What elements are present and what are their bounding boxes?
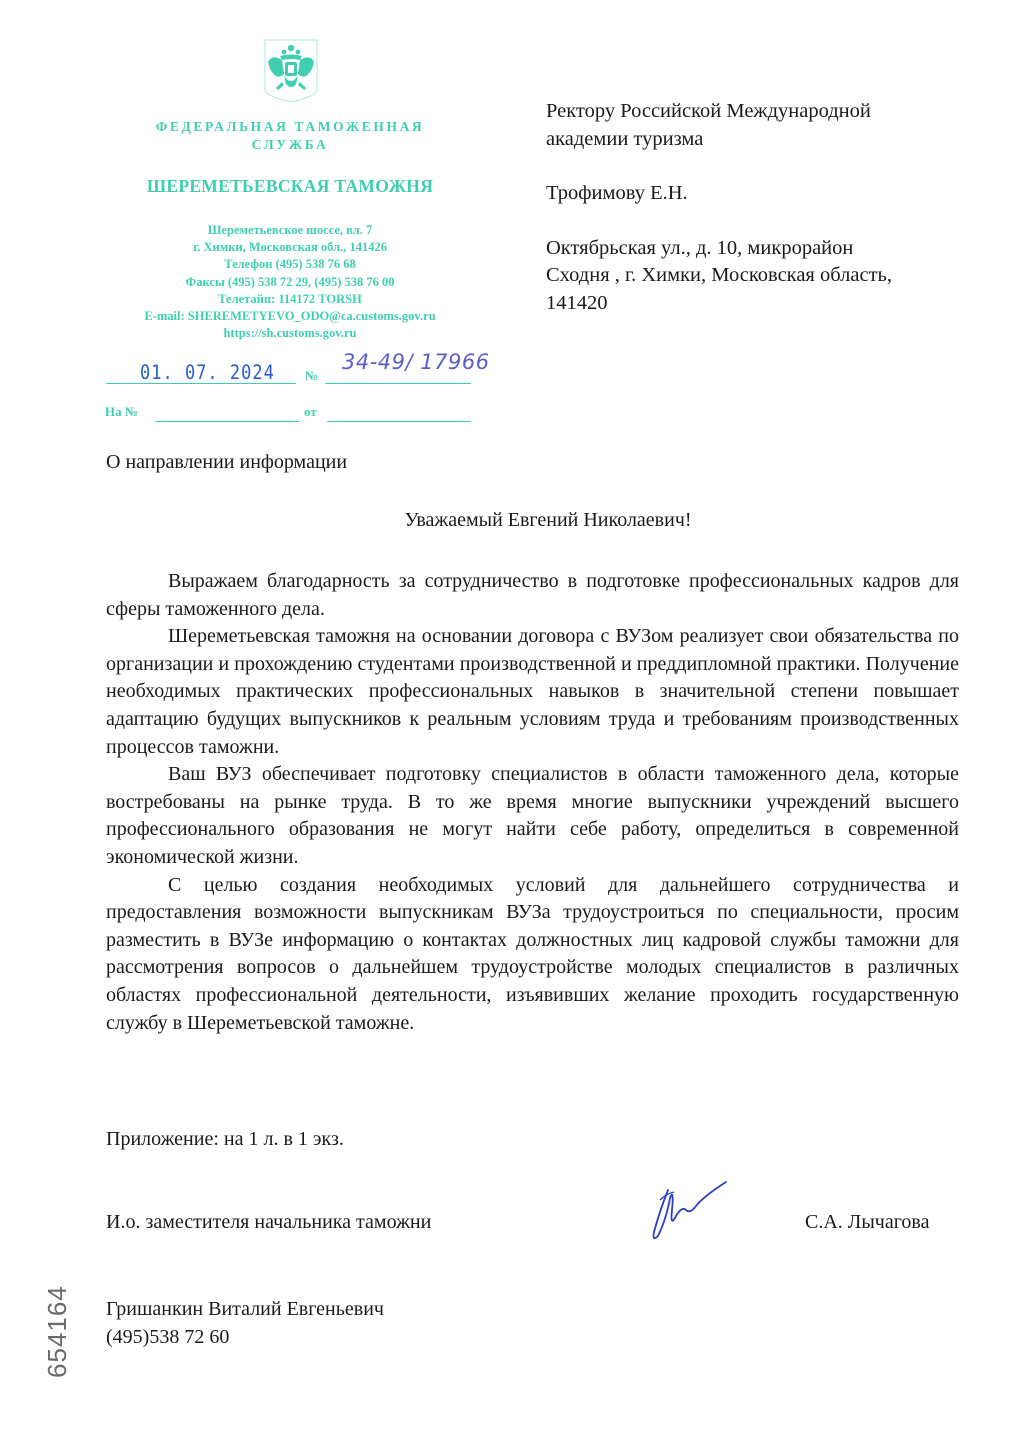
document-serial-number: 654164	[42, 1285, 73, 1378]
addressee-position: Ректору Российской Международной	[546, 98, 986, 126]
signatory-title: И.о. заместителя начальника таможни	[106, 1211, 431, 1234]
addressee-address: Октябрьская ул., д. 10, микрорайон	[546, 235, 986, 263]
number-line	[325, 383, 471, 384]
greeting: Уважаемый Евгений Николаевич!	[0, 509, 1024, 532]
executor-phone: (495)538 72 60	[106, 1324, 384, 1352]
body-paragraph: Ваш ВУЗ обеспечивает подготовку специали…	[106, 761, 959, 871]
phone: Телефон (495) 538 76 68	[100, 256, 480, 273]
reference-number-line	[155, 421, 299, 422]
executor-name: Гришанкин Виталий Евгеньевич	[106, 1296, 384, 1324]
address-line: г. Химки, Московская обл., 141426	[100, 239, 480, 256]
handwritten-signature-icon	[630, 1170, 740, 1250]
agency-name: ФЕДЕРАЛЬНАЯ ТАМОЖЕННАЯ СЛУЖБА	[100, 118, 480, 154]
addressee-organization: академии туризма	[546, 126, 986, 154]
addressee-name: Трофимову Е.Н.	[546, 180, 986, 208]
body-paragraph: Выражаем благодарность за сотрудничество…	[106, 568, 959, 623]
letter-body: Выражаем благодарность за сотрудничество…	[106, 568, 959, 1037]
attachment-note: Приложение: на 1 л. в 1 экз.	[106, 1128, 344, 1151]
addressee-postcode: 141420	[546, 290, 986, 318]
address-line: Шереметьевское шоссе, вл. 7	[100, 222, 480, 239]
body-paragraph: С целью создания необходимых условий для…	[106, 872, 959, 1038]
email: E-mail: SHEREMETYEVO_ODO@ca.customs.gov.…	[100, 308, 480, 325]
addressee-block: Ректору Российской Международной академи…	[546, 98, 986, 317]
reference-date-line	[327, 421, 471, 422]
body-paragraph: Шереметьевская таможня на основании дого…	[106, 623, 959, 761]
customs-office-name: ШЕРЕМЕТЬЕВСКАЯ ТАМОЖНЯ	[100, 176, 480, 197]
number-label: №	[305, 368, 318, 384]
executor-block: Гришанкин Виталий Евгеньевич (495)538 72…	[106, 1296, 384, 1351]
letterhead-contacts: Шереметьевское шоссе, вл. 7 г. Химки, Мо…	[100, 222, 480, 342]
reference-date-label: от	[304, 404, 317, 420]
addressee-address: Сходня , г. Химки, Московская область,	[546, 262, 986, 290]
website: https://sh.customs.gov.ru	[100, 325, 480, 342]
registration-number-handwritten: 34-49/ 17966	[342, 350, 490, 374]
signatory-name: С.А. Лычагова	[805, 1211, 929, 1234]
teletype: Телетайп: 114172 TORSH	[100, 291, 480, 308]
russian-coat-of-arms-icon	[262, 38, 320, 104]
registration-date-stamp: 01. 07. 2024	[140, 362, 275, 385]
letter-subject: О направлении информации	[106, 451, 347, 474]
reference-number-label: На №	[105, 404, 138, 420]
faxes: Факсы (495) 538 72 29, (495) 538 76 00	[100, 274, 480, 291]
